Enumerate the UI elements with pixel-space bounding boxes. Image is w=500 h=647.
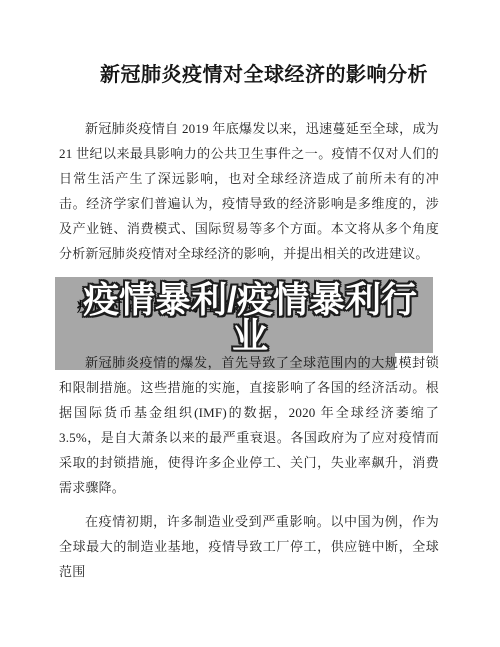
body-paragraph: 在疫情初期，许多制造业受到严重影响。以中国为例，作为全球最大的制造业基地，疫情导… (59, 509, 439, 584)
page-title: 新冠肺炎疫情对全球经济的影响分析 (0, 58, 500, 87)
body-paragraph: 新冠肺炎疫情的爆发，首先导致了全球范围内的大规模封锁和限制措施。这些措施的实施，… (59, 350, 439, 500)
intro-paragraph: 新冠肺炎疫情自 2019 年底爆发以来，迅速蔓延至全球，成为 21 世纪以来最具… (59, 116, 439, 266)
watermark-band-upper (55, 277, 433, 353)
watermark-band-lower (55, 353, 395, 370)
document-page: 新冠肺炎疫情对全球经济的影响分析 新冠肺炎疫情自 2019 年底爆发以来，迅速蔓… (0, 0, 500, 647)
